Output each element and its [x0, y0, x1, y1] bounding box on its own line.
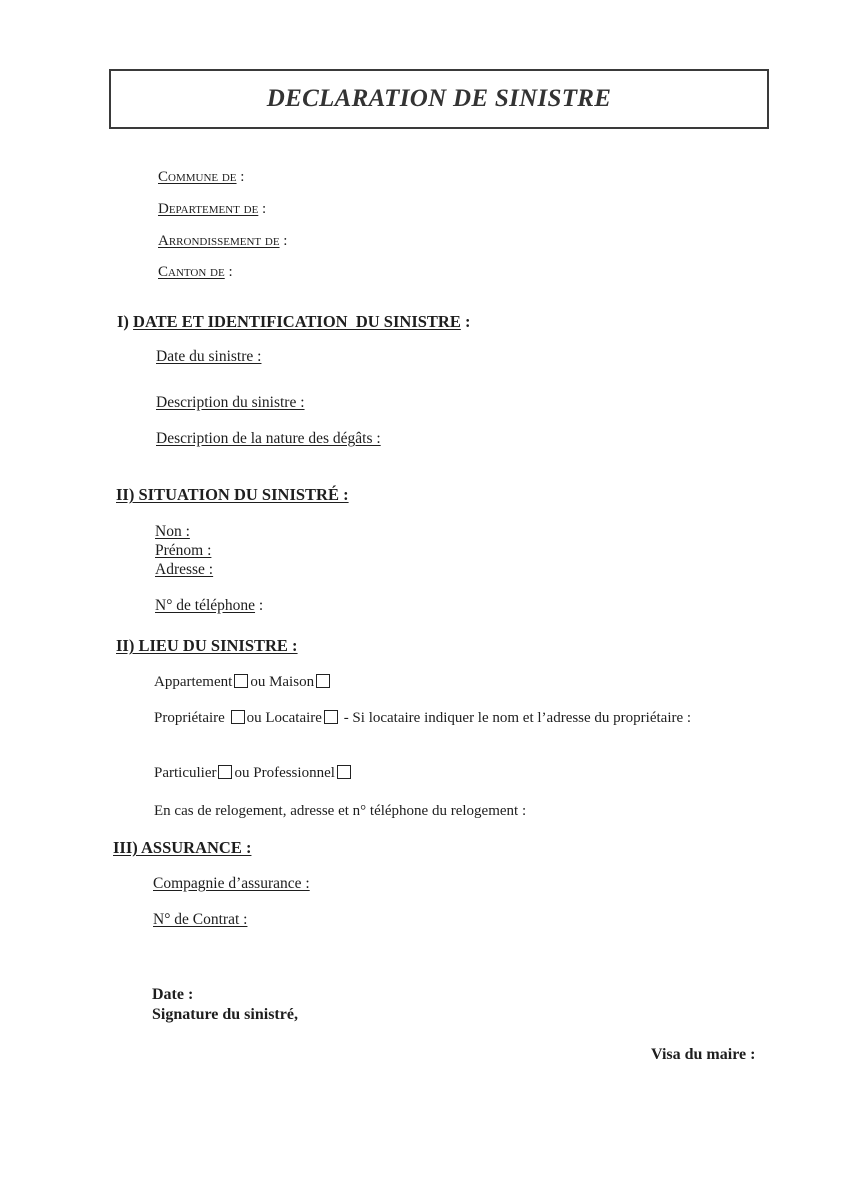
occupancy-row: Propriétaire ou Locataire - Si locataire…	[154, 710, 691, 727]
field-prenom: Prénom :	[155, 542, 211, 560]
field-label: Commune de	[158, 169, 237, 185]
option-label-appartement: Appartement	[154, 674, 232, 690]
option-label-professionnel: ou Professionnel	[234, 765, 334, 781]
field-date-sinistre: Date du sinistre :	[156, 348, 261, 366]
signature-date-label: Date :	[152, 986, 193, 1004]
owner-info-instruction: - Si locataire indiquer le nom et l’adre…	[344, 710, 691, 726]
option-label-locataire: ou Locataire	[247, 710, 322, 726]
relocation-field: En cas de relogement, adresse et n° télé…	[154, 803, 526, 820]
mayor-visa-label: Visa du maire :	[651, 1046, 755, 1064]
section-title: DATE ET IDENTIFICATION DU SINISTRE	[133, 312, 461, 331]
section-4-heading: III) ASSURANCE :	[113, 838, 251, 858]
status-row: Particulierou Professionnel	[154, 765, 353, 782]
field-compagnie-assurance: Compagnie d’assurance :	[153, 875, 310, 893]
field-colon: :	[258, 201, 266, 217]
section-3-heading: II) LIEU DU SINISTRE :	[116, 636, 298, 656]
field-label: Departement de	[158, 201, 258, 217]
field-colon: :	[225, 264, 233, 280]
checkbox-particulier[interactable]	[218, 765, 232, 779]
field-label: Canton de	[158, 264, 225, 280]
field-description-sinistre: Description du sinistre :	[156, 394, 305, 412]
field-colon: :	[255, 597, 263, 614]
housing-type-row: Appartementou Maison	[154, 674, 332, 691]
field-arrondissement: Arrondissement de :	[158, 233, 287, 250]
field-numero-contrat: N° de Contrat :	[153, 911, 247, 929]
field-adresse: Adresse :	[155, 561, 213, 579]
section-2-heading: II) SITUATION DU SINISTRÉ :	[116, 485, 349, 505]
field-colon: :	[280, 233, 288, 249]
section-colon: :	[461, 312, 471, 331]
checkbox-appartement[interactable]	[234, 674, 248, 688]
field-departement: Departement de :	[158, 201, 266, 218]
option-label-maison: ou Maison	[250, 674, 314, 690]
field-label: N° de téléphone	[155, 597, 255, 614]
signature-label: Signature du sinistré,	[152, 1006, 298, 1024]
field-nom: Non :	[155, 523, 190, 541]
field-commune: Commune de :	[158, 169, 244, 186]
field-canton: Canton de :	[158, 264, 233, 281]
field-nature-degats: Description de la nature des dégâts :	[156, 430, 381, 448]
section-number: I)	[117, 312, 133, 331]
field-colon: :	[237, 169, 245, 185]
checkbox-proprietaire[interactable]	[231, 710, 245, 724]
option-label-proprietaire: Propriétaire	[154, 710, 225, 726]
section-1-heading: I) DATE ET IDENTIFICATION DU SINISTRE :	[117, 312, 470, 332]
checkbox-locataire[interactable]	[324, 710, 338, 724]
checkbox-maison[interactable]	[316, 674, 330, 688]
title-box: DECLARATION DE SINISTRE	[109, 69, 769, 129]
checkbox-professionnel[interactable]	[337, 765, 351, 779]
field-label: Arrondissement de	[158, 233, 280, 249]
page-title: DECLARATION DE SINISTRE	[267, 85, 612, 113]
field-telephone: N° de téléphone :	[155, 597, 263, 615]
option-label-particulier: Particulier	[154, 765, 216, 781]
